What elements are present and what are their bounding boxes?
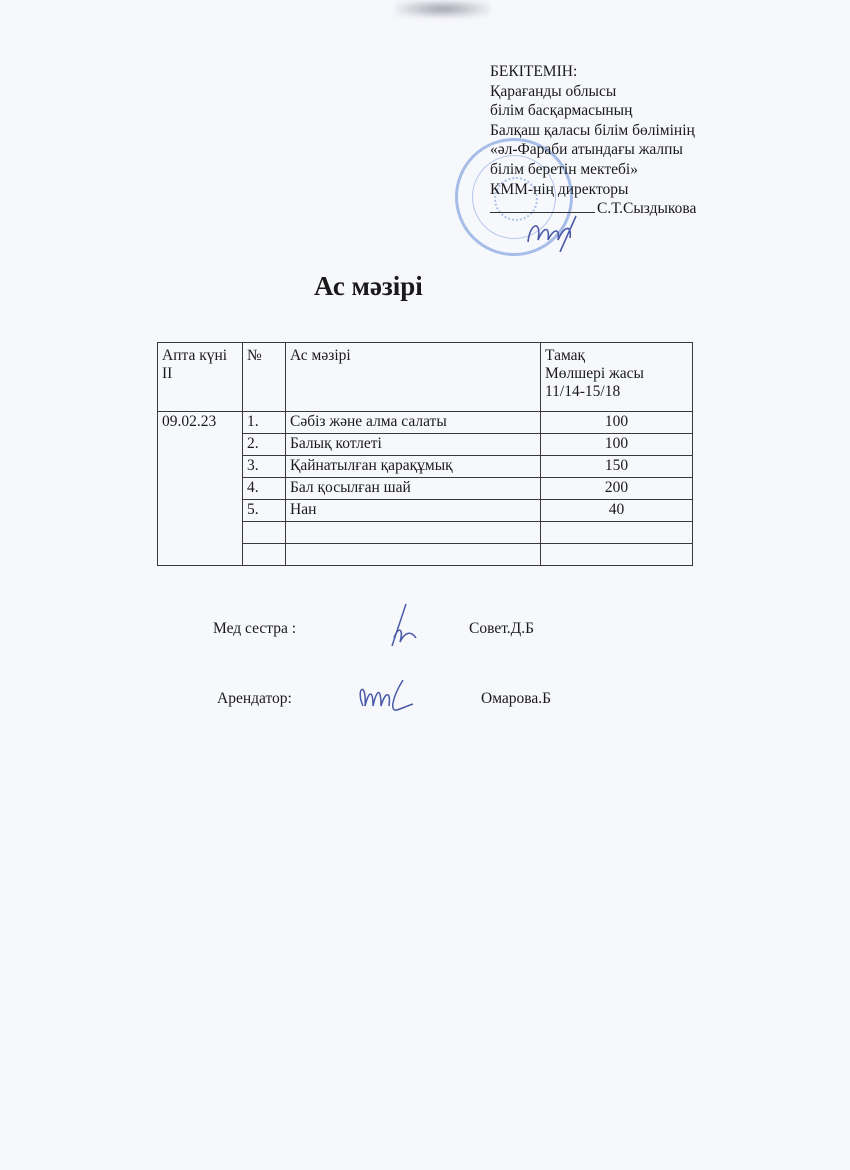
row-number xyxy=(243,544,286,566)
approval-heading: БЕКІТЕМІН: xyxy=(490,62,696,82)
scan-smudge xyxy=(395,0,490,18)
portion-qty: 150 xyxy=(541,456,693,478)
dish-name: Бал қосылған шай xyxy=(286,478,541,500)
approval-block: БЕКІТЕМІН: Қарағанды облысы білім басқар… xyxy=(490,62,696,219)
dish-name: Сәбіз және алма салаты xyxy=(286,412,541,434)
approval-line: Балқаш қаласы білім бөлімінің xyxy=(490,121,696,141)
nurse-signature-icon xyxy=(386,602,420,650)
row-number: 2. xyxy=(243,434,286,456)
dish-name: Балық котлеті xyxy=(286,434,541,456)
tenant-signature-icon xyxy=(353,676,415,716)
portion-qty: 100 xyxy=(541,412,693,434)
header-portion-line: 11/14-15/18 xyxy=(545,383,688,401)
header-portion: Тамақ Мөлшері жасы 11/14-15/18 xyxy=(541,343,693,412)
portion-qty: 100 xyxy=(541,434,693,456)
row-number: 4. xyxy=(243,478,286,500)
approval-line: «әл-Фараби атындағы жалпы xyxy=(490,140,696,160)
row-number: 1. xyxy=(243,412,286,434)
menu-table: Апта күні ІІ № Ас мәзірі Тамақ Мөлшері ж… xyxy=(157,342,693,566)
approval-line: білім басқармасының xyxy=(490,101,696,121)
portion-qty: 40 xyxy=(541,500,693,522)
director-signature-icon xyxy=(520,212,600,252)
approval-line: КММ-нің директоры xyxy=(490,180,696,200)
row-number xyxy=(243,522,286,544)
dish-name: Қайнатылған қарақұмық xyxy=(286,456,541,478)
approval-line: Қарағанды облысы xyxy=(490,82,696,102)
page-title: Ас мәзірі xyxy=(314,271,423,302)
row-number: 5. xyxy=(243,500,286,522)
approval-line: білім беретін мектебі» xyxy=(490,160,696,180)
nurse-name: Совет.Д.Б xyxy=(469,620,534,638)
tenant-name: Омарова.Б xyxy=(481,690,551,708)
nurse-label: Мед сестра : xyxy=(213,620,296,638)
row-number: 3. xyxy=(243,456,286,478)
portion-qty: 200 xyxy=(541,478,693,500)
header-portion-line: Тамақ xyxy=(545,347,688,365)
header-day: Апта күні ІІ xyxy=(158,343,243,412)
header-portion-line: Мөлшері жасы xyxy=(545,365,688,383)
table-row: 09.02.23 1. Сәбіз және алма салаты 100 xyxy=(158,412,693,434)
date-cell: 09.02.23 xyxy=(158,412,243,566)
header-number: № xyxy=(243,343,286,412)
dish-name: Нан xyxy=(286,500,541,522)
portion-qty xyxy=(541,544,693,566)
table-header-row: Апта күні ІІ № Ас мәзірі Тамақ Мөлшері ж… xyxy=(158,343,693,412)
dish-name xyxy=(286,522,541,544)
tenant-label: Арендатор: xyxy=(217,690,292,708)
header-menu: Ас мәзірі xyxy=(286,343,541,412)
dish-name xyxy=(286,544,541,566)
portion-qty xyxy=(541,522,693,544)
director-name: С.Т.Сыздыкова xyxy=(597,200,696,217)
